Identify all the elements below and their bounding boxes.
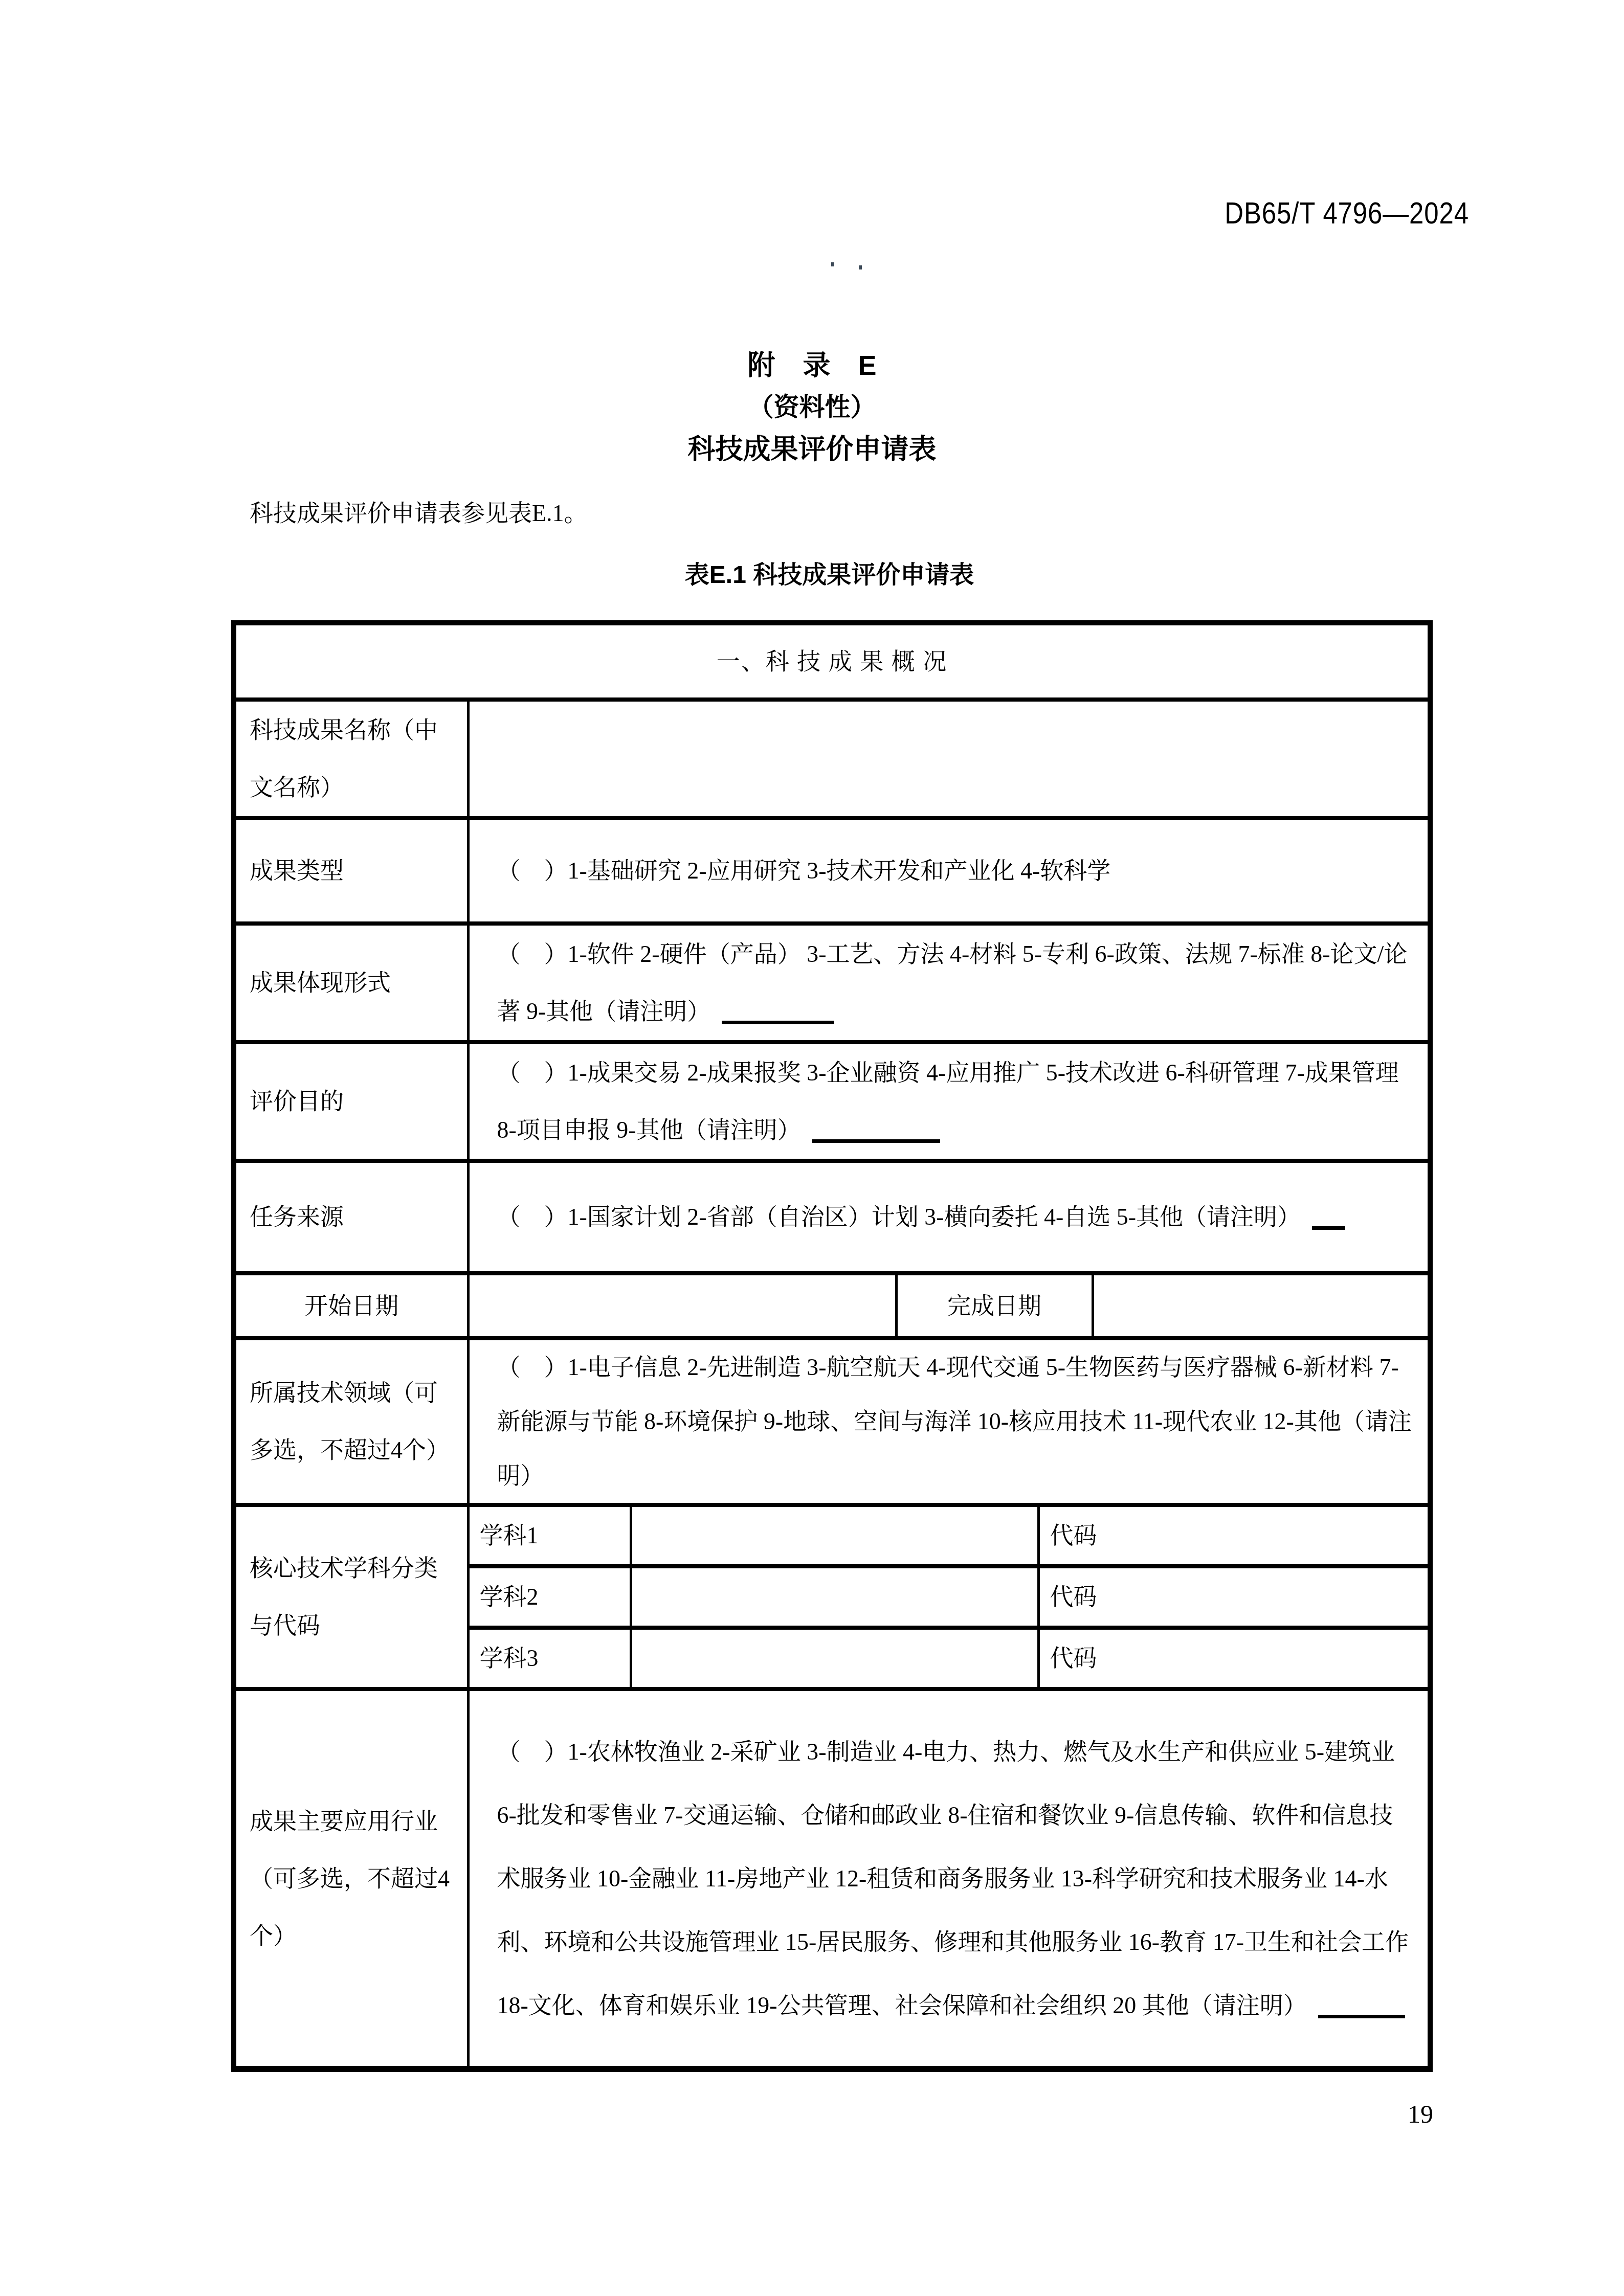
intro-paragraph: 科技成果评价申请表参见表E.1。 — [231, 499, 1428, 528]
page-number: 19 — [1408, 2100, 1433, 2128]
application-form-table: 一、科 技 成 果 概 况 科技成果名称（中文名称） 成果类型 （ ）1-基础研… — [231, 620, 1433, 2072]
doc-standard-code: DB65/T 4796—2024 — [1225, 197, 1469, 230]
subject1-code-cell[interactable]: 代码 — [1038, 1505, 1430, 1566]
purpose-options-text: （ ）1-成果交易 2-成果报奖 3-企业融资 4-应用推广 5-技术改进 6-… — [497, 1060, 1399, 1143]
appendix-informative-label: （资料性） — [0, 393, 1624, 421]
name-label-cell: 科技成果名称（中文名称） — [234, 700, 468, 818]
purpose-label-cell: 评价目的 — [234, 1042, 468, 1161]
purpose-options-cell[interactable]: （ ）1-成果交易 2-成果报奖 3-企业融资 4-应用推广 5-技术改进 6-… — [468, 1042, 1430, 1161]
start-date-input-cell[interactable] — [468, 1273, 896, 1338]
task-source-label-cell: 任务来源 — [234, 1161, 468, 1273]
task-source-options-cell[interactable]: （ ）1-国家计划 2-省部（自治区）计划 3-横向委托 4-自选 5-其他（请… — [468, 1161, 1430, 1273]
subject1-input-cell[interactable] — [631, 1505, 1038, 1566]
type-options-cell[interactable]: （ ）1-基础研究 2-应用研究 3-技术开发和产业化 4-软科学 — [468, 818, 1430, 924]
type-label-cell: 成果类型 — [234, 818, 468, 924]
form-label-cell: 成果体现形式 — [234, 924, 468, 1042]
scan-speck — [831, 262, 834, 266]
form-other-blank[interactable] — [722, 1016, 834, 1024]
table-caption: 表E.1 科技成果评价申请表 — [231, 561, 1428, 589]
tech-field-label-cell: 所属技术领域（可多选，不超过4个） — [234, 1338, 468, 1505]
scan-speck — [859, 265, 862, 269]
name-input-cell[interactable] — [468, 700, 1430, 818]
subject2-input-cell[interactable] — [631, 1566, 1038, 1628]
purpose-other-blank[interactable] — [812, 1134, 940, 1143]
tech-field-options-cell[interactable]: （ ）1-电子信息 2-先进制造 3-航空航天 4-现代交通 5-生物医药与医疗… — [468, 1338, 1430, 1505]
subject1-label-cell: 学科1 — [468, 1505, 631, 1566]
industry-options-text: （ ）1-农林牧渔业 2-采矿业 3-制造业 4-电力、热力、燃气及水生产和供应… — [497, 1739, 1409, 2018]
industry-label-cell: 成果主要应用行业（可多选，不超过4个） — [234, 1689, 468, 2069]
form-options-cell[interactable]: （ ）1-软件 2-硬件（产品） 3-工艺、方法 4-材料 5-专利 6-政策、… — [468, 924, 1430, 1042]
end-date-input-cell[interactable] — [1093, 1273, 1430, 1338]
task-source-other-blank[interactable] — [1312, 1221, 1345, 1230]
industry-other-blank[interactable] — [1318, 2010, 1405, 2018]
discipline-label-cell: 核心技术学科分类与代码 — [234, 1505, 468, 1689]
subject3-label-cell: 学科3 — [468, 1628, 631, 1689]
appendix-heading: 附 录 E — [0, 351, 1624, 380]
form-options-text: （ ）1-软件 2-硬件（产品） 3-工艺、方法 4-材料 5-专利 6-政策、… — [497, 941, 1408, 1024]
subject2-code-cell[interactable]: 代码 — [1038, 1566, 1430, 1628]
industry-options-cell[interactable]: （ ）1-农林牧渔业 2-采矿业 3-制造业 4-电力、热力、燃气及水生产和供应… — [468, 1689, 1430, 2069]
subject3-input-cell[interactable] — [631, 1628, 1038, 1689]
subject2-label-cell: 学科2 — [468, 1566, 631, 1628]
section-header: 一、科 技 成 果 概 况 — [234, 623, 1430, 700]
end-date-label-cell: 完成日期 — [896, 1273, 1093, 1338]
task-source-options-text: （ ）1-国家计划 2-省部（自治区）计划 3-横向委托 4-自选 5-其他（请… — [497, 1204, 1301, 1230]
subject3-code-cell[interactable]: 代码 — [1038, 1628, 1430, 1689]
appendix-form-title: 科技成果评价申请表 — [0, 435, 1624, 464]
start-date-label-cell: 开始日期 — [234, 1273, 468, 1338]
